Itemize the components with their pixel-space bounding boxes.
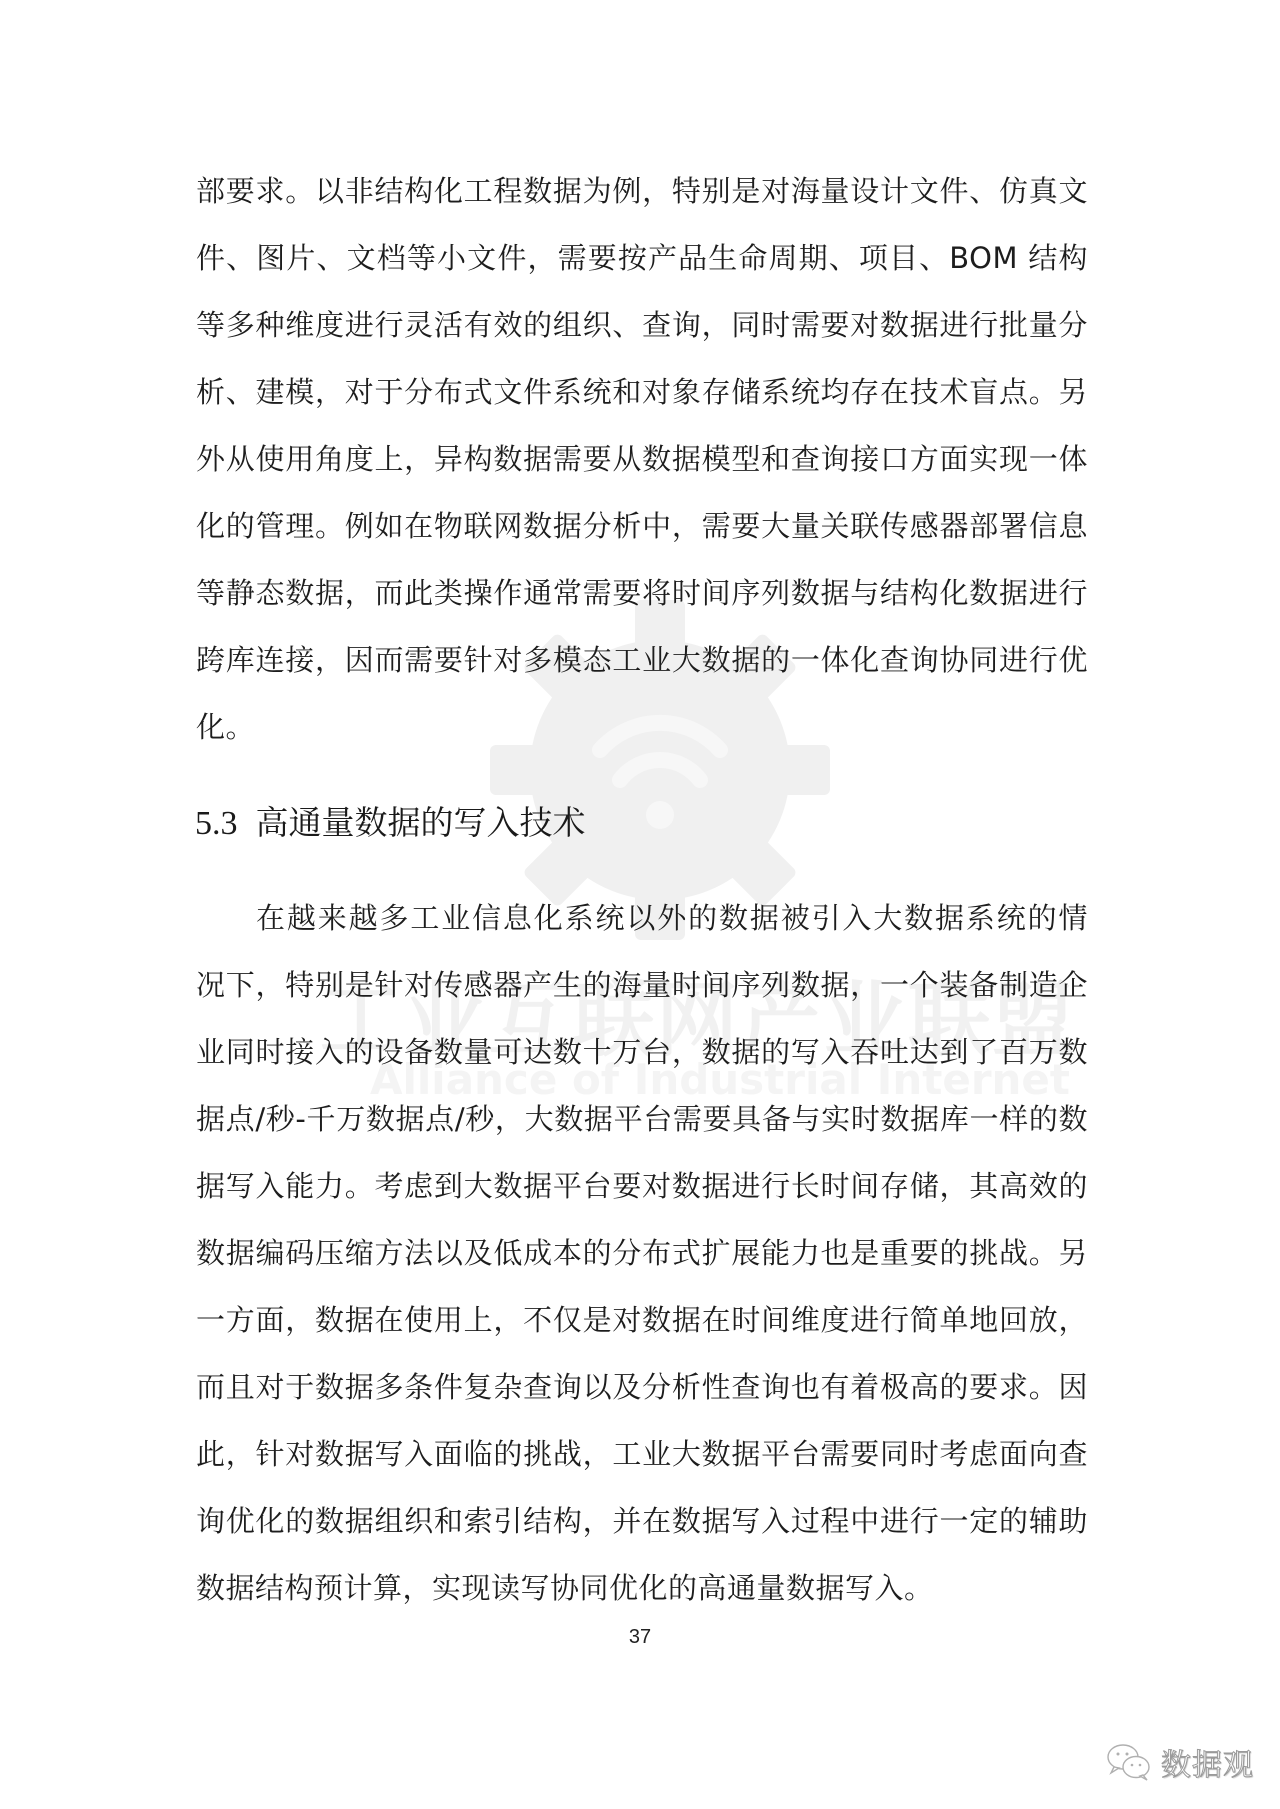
paragraph-continuation: 部要求。以非结构化工程数据为例，特别是对海量设计文件、仿真文 件、图片、文档等小… xyxy=(196,158,1088,761)
text-line: 等多种维度进行灵活有效的组织、查询，同时需要对数据进行批量分 xyxy=(196,292,1088,359)
text-line: 据点/秒-千万数据点/秒，大数据平台需要具备与实时数据库一样的数 xyxy=(196,1086,1088,1153)
text-line: 况下，特别是针对传感器产生的海量时间序列数据，一个装备制造企 xyxy=(196,952,1088,1019)
text-line: 在越来越多工业信息化系统以外的数据被引入大数据系统的情 xyxy=(196,885,1088,952)
text-line: 据写入能力。考虑到大数据平台要对数据进行长时间存储，其高效的 xyxy=(196,1153,1088,1220)
text-line: 一方面，数据在使用上，不仅是对数据在时间维度进行简单地回放， xyxy=(196,1287,1088,1354)
text-line: 外从使用角度上，异构数据需要从数据模型和查询接口方面实现一体 xyxy=(196,426,1088,493)
brand-name: 数据观 xyxy=(1161,1740,1254,1784)
text-line: 化。 xyxy=(196,694,1088,761)
text-line: 化的管理。例如在物联网数据分析中，需要大量关联传感器部署信息 xyxy=(196,493,1088,560)
brand-watermark: 数据观 xyxy=(1105,1737,1254,1787)
paragraph-section-body: 在越来越多工业信息化系统以外的数据被引入大数据系统的情 况下，特别是针对传感器产… xyxy=(196,885,1088,1622)
text-line: 询优化的数据组织和索引结构，并在数据写入过程中进行一定的辅助 xyxy=(196,1488,1088,1555)
page-number: 37 xyxy=(0,1626,1280,1649)
section-heading: 5.3高通量数据的写入技术 xyxy=(195,797,586,844)
wechat-icon xyxy=(1105,1741,1153,1783)
text-line: 等静态数据，而此类操作通常需要将时间序列数据与结构化数据进行 xyxy=(196,560,1088,627)
section-number: 5.3 xyxy=(195,805,238,842)
text-line: 部要求。以非结构化工程数据为例，特别是对海量设计文件、仿真文 xyxy=(196,158,1088,225)
text-line: 而且对于数据多条件复杂查询以及分析性查询也有着极高的要求。因 xyxy=(196,1354,1088,1421)
text-line: 析、建模，对于分布式文件系统和对象存储系统均存在技术盲点。另 xyxy=(196,359,1088,426)
section-title: 高通量数据的写入技术 xyxy=(256,803,586,842)
text-line: 业同时接入的设备数量可达数十万台，数据的写入吞吐达到了百万数 xyxy=(196,1019,1088,1086)
text-line: 件、图片、文档等小文件，需要按产品生命周期、项目、BOM 结构 xyxy=(196,225,1088,292)
document-page: 工业互联网产业联盟 Alliance of Industrial Interne… xyxy=(0,0,1280,1809)
text-line: 数据结构预计算，实现读写协同优化的高通量数据写入。 xyxy=(196,1555,1088,1622)
text-line: 此，针对数据写入面临的挑战，工业大数据平台需要同时考虑面向查 xyxy=(196,1421,1088,1488)
text-line: 数据编码压缩方法以及低成本的分布式扩展能力也是重要的挑战。另 xyxy=(196,1220,1088,1287)
text-line: 跨库连接，因而需要针对多模态工业大数据的一体化查询协同进行优 xyxy=(196,627,1088,694)
